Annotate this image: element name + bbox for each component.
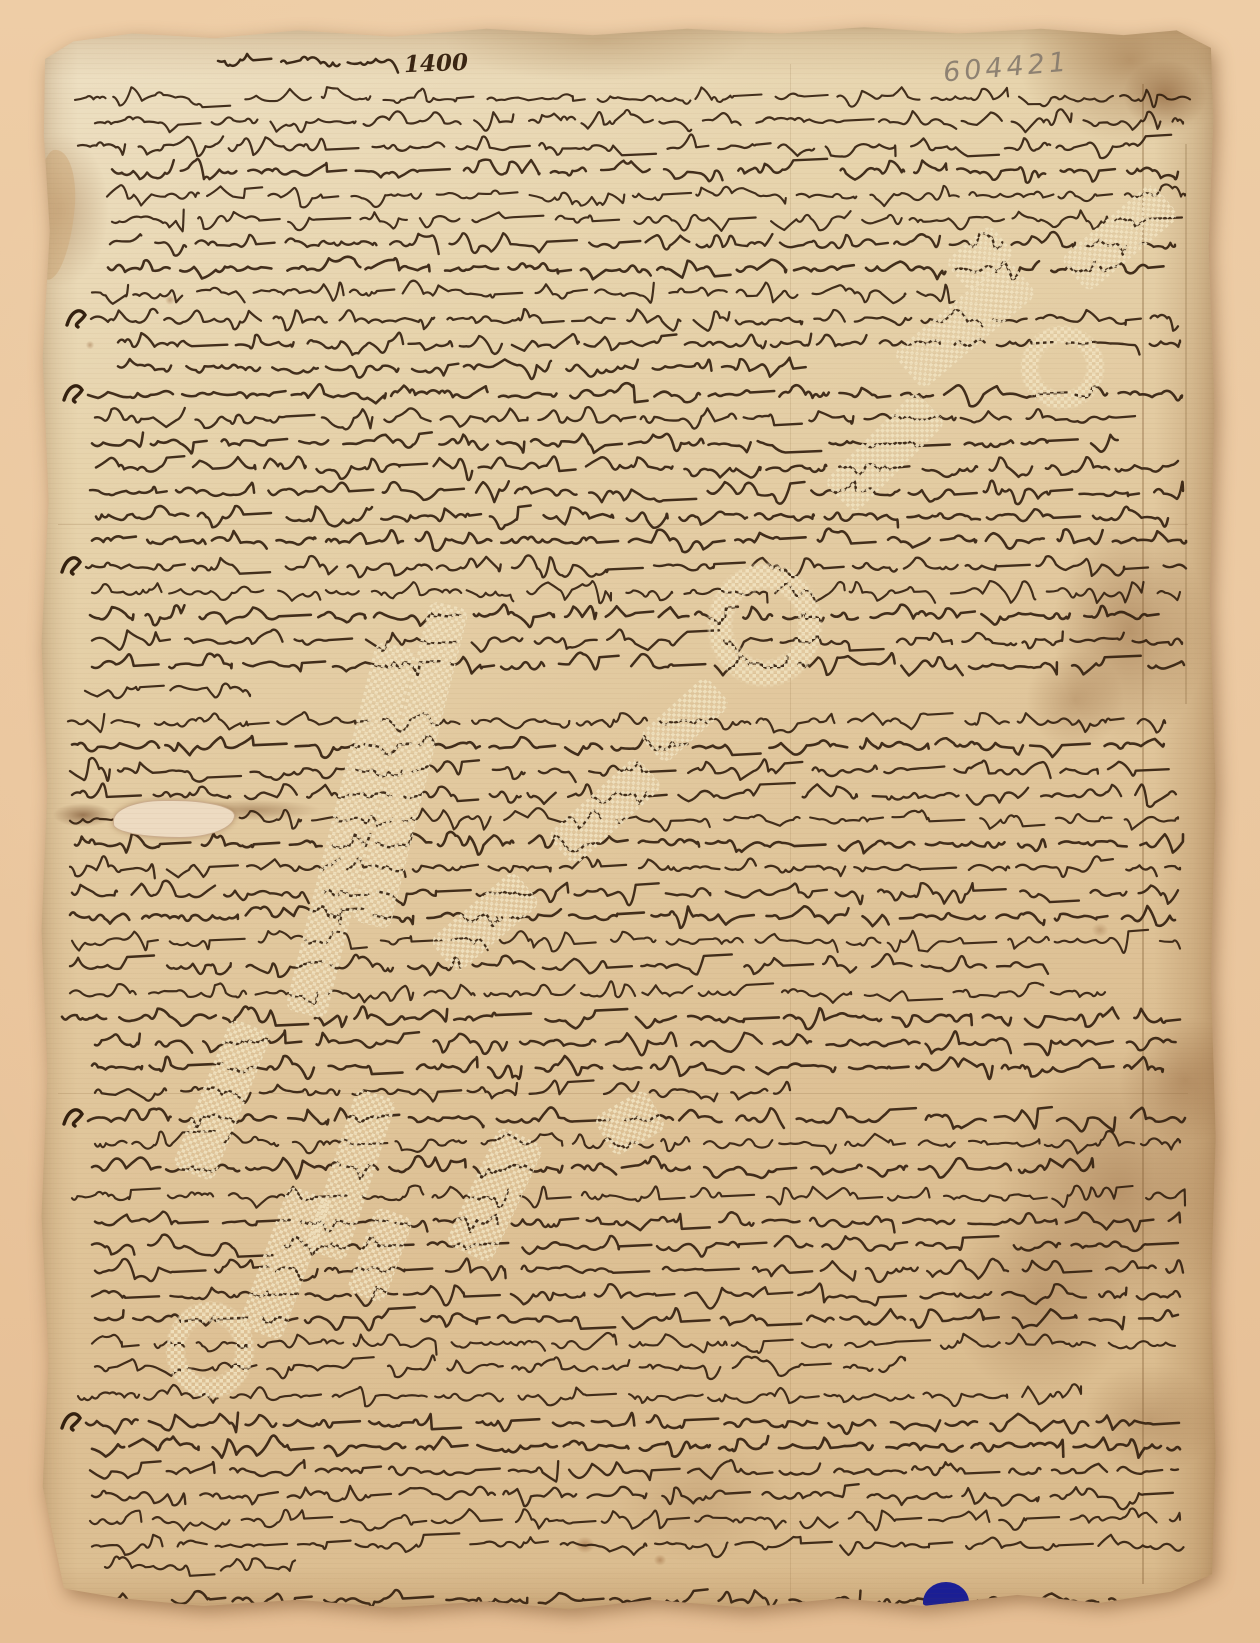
handwriting-line [38,1129,1218,1153]
paragraph [38,84,1218,304]
dateline: 1400 [218,48,468,74]
handwriting-line [38,381,1218,405]
handwriting-line [38,1208,1218,1232]
handwriting-line [38,1305,1218,1329]
handwriting-line [38,952,1218,976]
dateline-year: 1400 [404,53,469,75]
handwriting-line [38,330,1218,354]
handwriting-line [38,527,1218,551]
handwriting-line [38,830,1218,854]
handwriting-line [38,255,1218,279]
handwriting-line [38,651,1218,675]
handwriting-line [38,903,1218,927]
handwriting-line [38,980,1218,1004]
handwriting-line [38,732,1218,756]
handwriting-line [38,927,1218,951]
handwriting-line [38,1433,1218,1457]
handwriting-line [38,405,1218,429]
handwriting-line [38,354,1218,378]
handwriting-line [38,279,1218,303]
handwriting-line [38,1382,1218,1406]
handwriting-line [38,1281,1218,1305]
handwriting-line [38,781,1218,805]
handwriting-line [38,429,1218,453]
paragraph [38,1409,1218,1580]
paragraph [38,1004,1218,1102]
handwritten-text [38,84,1218,1612]
handwriting-line [38,1004,1218,1028]
handwriting-line [38,1555,1218,1579]
handwriting-line [38,1256,1218,1280]
paragraph [38,381,1218,552]
handwriting-line [38,578,1218,602]
paragraph [38,980,1218,1004]
handwriting-line [38,757,1218,781]
paragraph [38,553,1218,699]
handwriting-line [38,478,1218,502]
handwriting-line [38,306,1218,330]
handwriting-line [38,1183,1218,1207]
handwriting-line [38,84,1218,108]
handwriting-line [38,708,1218,732]
handwriting-line [38,1330,1218,1354]
handwriting-line [38,1409,1218,1433]
handwriting-line [38,206,1218,230]
handwriting-line [38,230,1218,254]
manuscript-page: 1400 604421 [38,24,1218,1614]
handwriting-line [38,1029,1218,1053]
handwriting-line [38,157,1218,181]
scan-backdrop: 1400 604421 [0,0,1260,1643]
handwriting-line [38,854,1218,878]
handwriting-line [38,1053,1218,1077]
paragraph [38,1105,1218,1178]
handwriting-line [38,182,1218,206]
handwriting-line [38,1531,1218,1555]
handwriting-line [38,1506,1218,1530]
handwriting-line [38,879,1218,903]
paragraph [38,1382,1218,1406]
handwriting-line [38,1482,1218,1506]
paper-shadow-wrap: 1400 604421 [0,0,1260,1643]
handwriting-line [38,1587,1218,1611]
paragraph [38,1587,1218,1611]
handwriting-line [38,602,1218,626]
handwriting-line [38,133,1218,157]
handwriting-line [38,108,1218,132]
paragraph [38,306,1218,379]
paragraph [38,1183,1218,1378]
handwriting-line [38,1105,1218,1129]
handwriting-line [38,627,1218,651]
handwriting-line [38,1457,1218,1481]
handwriting-line [38,503,1218,527]
dateline-squiggle [218,48,398,74]
handwriting-line [38,1354,1218,1378]
archive-number: 604421 [942,47,1071,89]
handwriting-line [38,1232,1218,1256]
handwriting-line [38,1154,1218,1178]
handwriting-line [38,454,1218,478]
paragraph [38,708,1218,976]
handwriting-line [38,553,1218,577]
handwriting-line [38,1078,1218,1102]
handwriting-line [38,675,1218,699]
